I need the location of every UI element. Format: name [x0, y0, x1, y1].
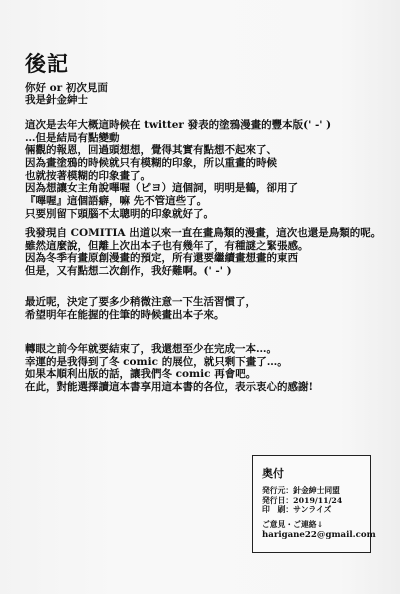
paragraph-2: 我發現自 COMITIA 出道以來一直在畫鳥類的漫畫，這次也還是鳥類的呢。 雖然… — [25, 227, 381, 278]
text-line: 在此，對能選擇讀這本書享用這本書的各位，表示衷心的感謝! — [25, 381, 313, 394]
text-line: 『嗶喔』這個語癖，嘛 先不管這些了。 — [25, 195, 331, 208]
text-line: 也就按著模糊的印象畫了。 — [25, 170, 331, 183]
publish-date-row: 発行日：2019/11/24 — [262, 496, 342, 506]
text-line: 雖然這麼說，但離上次出本子也有幾年了，有種謎之緊張感。 — [25, 240, 381, 253]
text-line: 幸運的是我得到了冬 comic 的展位，就只剩下畫了…。 — [25, 356, 313, 369]
text-line: 只要別留下頭腦不太聰明的印象就好了。 — [25, 208, 331, 221]
text-line: 這次是去年大概這時候在 twitter 發表的塗鴉漫畫的豐本版(' -' ) — [25, 119, 331, 132]
contact-label: ご意見・ご連絡↓ — [262, 520, 376, 530]
text-line: 轉眼之前今年就要結束了，我還想至少在完成一本…。 — [25, 343, 313, 356]
paragraph-4: 轉眼之前今年就要結束了，我還想至少在完成一本…。 幸運的是我得到了冬 comic… — [25, 343, 313, 394]
greeting-line: 我是針金紳士 — [25, 95, 108, 107]
text-line: 因為畫塗鴉的時候就只有模糊的印象，所以重畫的時候 — [25, 157, 331, 170]
text-line: 因為想讓女主角說嗶喔（ピヨ）這個詞，明明是鶴，卻用了 — [25, 182, 331, 195]
text-line: 因為冬季有畫原創漫畫的預定，所有還要繼續畫想畫的東西 — [25, 252, 381, 265]
text-line: 希望明年在能握的住筆的時候畫出本子來。 — [25, 309, 256, 322]
text-line: 最近呢，決定了要多少稍微注意一下生活習慣了， — [25, 296, 256, 309]
text-line: …但是結局有點變動 — [25, 132, 331, 145]
publisher-row: 発行元：針金紳士同盟 — [262, 486, 342, 496]
afterword-page: 後記 你好 or 初次見面 我是針金紳士 這次是去年大概這時候在 twitter… — [0, 0, 400, 594]
contact-block: ご意見・ご連絡↓ harigane22@gmail.com — [262, 520, 376, 540]
paragraph-1: 這次是去年大概這時候在 twitter 發表的塗鴉漫畫的豐本版(' -' ) …… — [25, 119, 331, 221]
text-line: 但是，又有點想二次創作，我好難啊。(' -' ) — [25, 265, 381, 278]
text-line: 倆觀的報恩，回過頭想想，覺得其實有點想不起來了、 — [25, 144, 331, 157]
page-title: 後記 — [25, 48, 69, 78]
printer-row: 印 刷：サンライズ — [262, 505, 342, 515]
colophon-details: 発行元：針金紳士同盟 発行日：2019/11/24 印 刷：サンライズ — [262, 486, 342, 515]
colophon-title: 奥付 — [262, 465, 284, 481]
text-line: 我發現自 COMITIA 出道以來一直在畫鳥類的漫畫，這次也還是鳥類的呢。 — [25, 227, 381, 240]
contact-email: harigane22@gmail.com — [262, 530, 376, 540]
greeting: 你好 or 初次見面 我是針金紳士 — [25, 83, 108, 106]
colophon-box: 奥付 発行元：針金紳士同盟 発行日：2019/11/24 印 刷：サンライズ ご… — [252, 455, 371, 553]
text-line: 如果本順利出版的話，讓我們冬 comic 再會吧。 — [25, 368, 313, 381]
greeting-line: 你好 or 初次見面 — [25, 83, 108, 95]
paragraph-3: 最近呢，決定了要多少稍微注意一下生活習慣了， 希望明年在能握的住筆的時候畫出本子… — [25, 296, 256, 321]
